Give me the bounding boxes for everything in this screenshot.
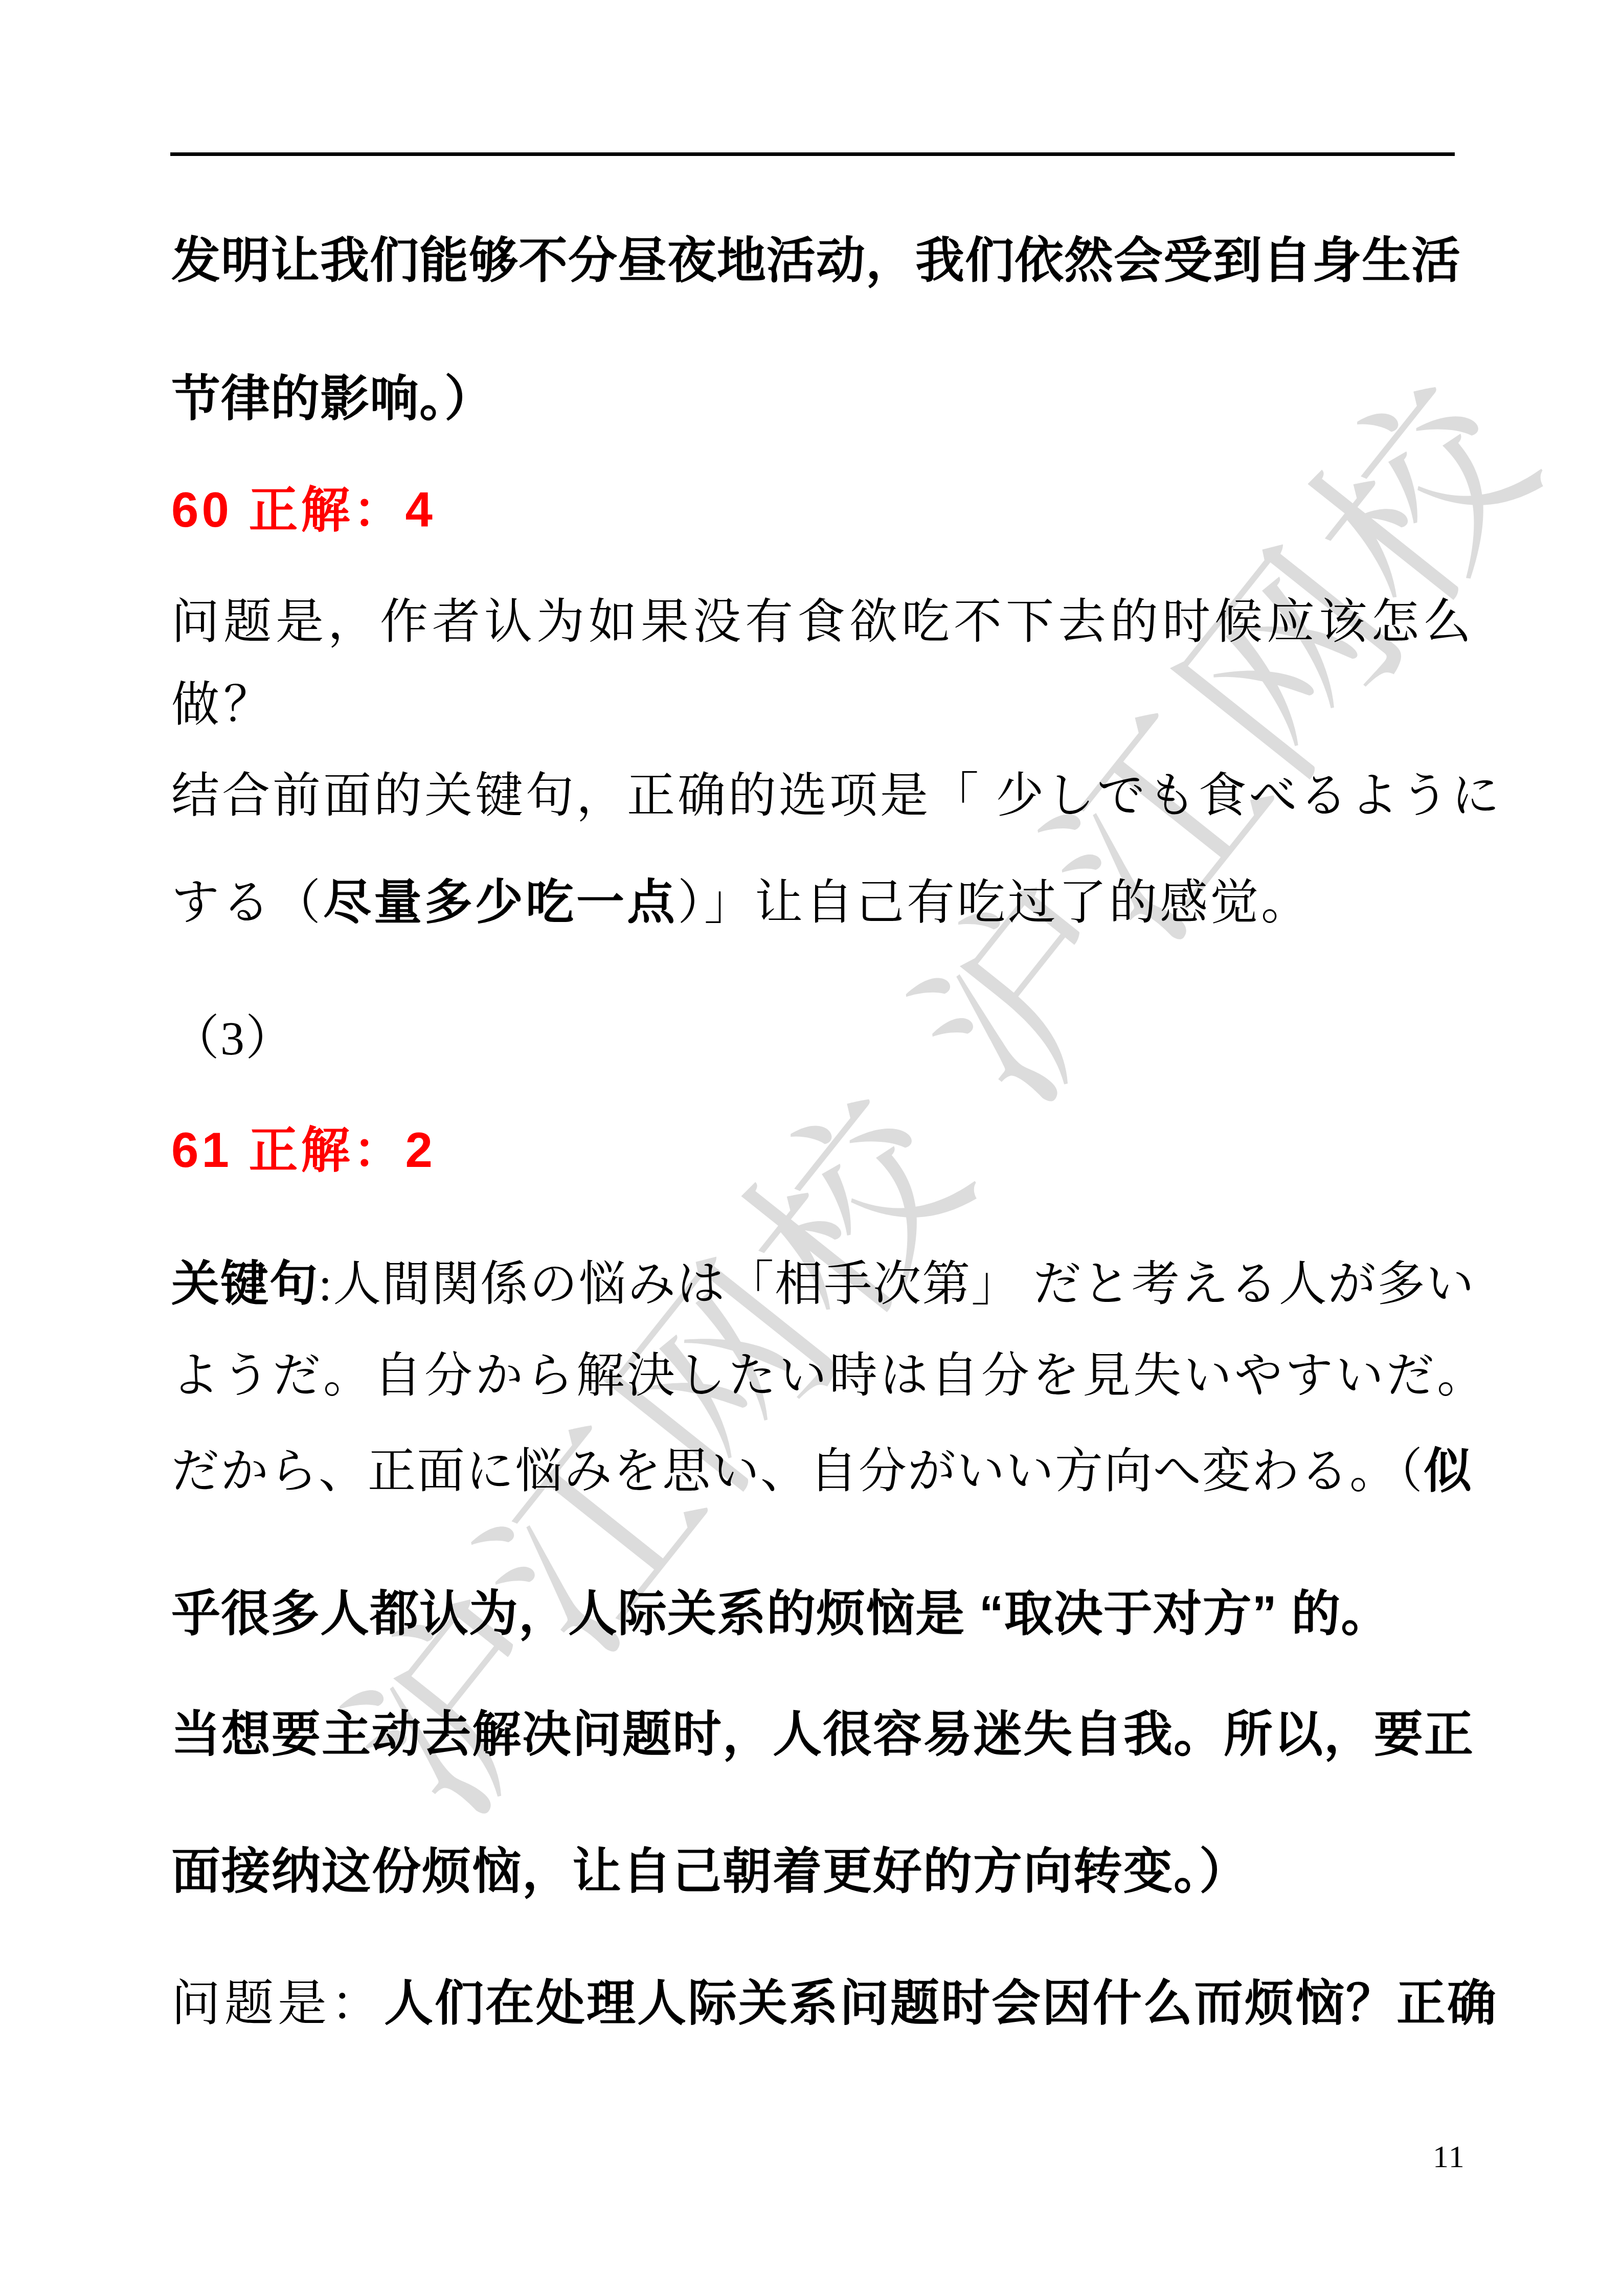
q60-answer-line2: する（尽量多少吃一点）」让自己有吃过了的感觉。 [171, 877, 1312, 928]
q60-answer-line2-bold: 尽量多少吃一点 [323, 875, 678, 929]
q61-key-line1-rest: :人間関係の悩みは「相手次第」 だと考える人が多い [319, 1258, 1475, 1311]
q61-heading: 61 正解：2 [171, 1125, 436, 1176]
q61-translation-line3: 面接纳这份烦恼，让自己朝着更好的方向转变。） [171, 1846, 1249, 1897]
q61-key-label: 关键句 [171, 1257, 319, 1311]
q60-answer-line2-pre: する（ [171, 876, 323, 930]
page-number: 11 [1433, 2140, 1466, 2174]
q60-question-line2: 做？ [171, 680, 276, 730]
q60-question-line1: 问题是，作者认为如果没有食欲吃不下去的时候应该怎么 [171, 597, 1475, 647]
top-paragraph-line1: 发明让我们能够不分昼夜地活动，我们依然会受到自身生活 [171, 235, 1461, 286]
q60-heading: 60 正解：4 [171, 485, 436, 536]
top-rule [170, 152, 1455, 156]
q61-question-prefix: 问题是： [171, 1976, 384, 2031]
section-3-label: （3） [171, 1014, 295, 1064]
q61-key-line1: 关键句:人間関係の悩みは「相手次第」 だと考える人が多い [171, 1259, 1475, 1310]
watermark: 沪江网校 沪江网校 [257, 272, 1623, 1926]
q61-question-bold: 人们在处理人际关系问题时会因什么而烦恼？正确 [384, 1976, 1498, 2031]
top-paragraph-line2: 节律的影响。） [171, 373, 494, 424]
q60-answer-line1: 结合前面的关键句，正确的选项是「 少しでも食べるように [171, 771, 1502, 821]
q61-translation-line2: 当想要主动去解决问题时，人很容易迷失自我。所以，要正 [171, 1709, 1474, 1760]
q61-key-line2: ようだ。自分から解決したい時は自分を見失いやすいだ。 [171, 1351, 1487, 1401]
q61-translation-line1: 乎很多人都认为，人际关系的烦恼是 “取决于对方” 的。 [171, 1588, 1390, 1639]
q61-key-line3-bold: 似 [1424, 1444, 1473, 1498]
q60-answer-line2-post: ）」让自己有吃过了的感觉。 [678, 876, 1312, 930]
q61-question-line: 问题是：人们在处理人际关系问题时会因什么而烦恼？正确 [171, 1978, 1498, 2029]
q61-key-line3-pre: だから、正面に悩みを思い、自分がいい方向へ変わる。（ [171, 1445, 1424, 1498]
q61-key-line3: だから、正面に悩みを思い、自分がいい方向へ変わる。（似 [171, 1446, 1473, 1497]
